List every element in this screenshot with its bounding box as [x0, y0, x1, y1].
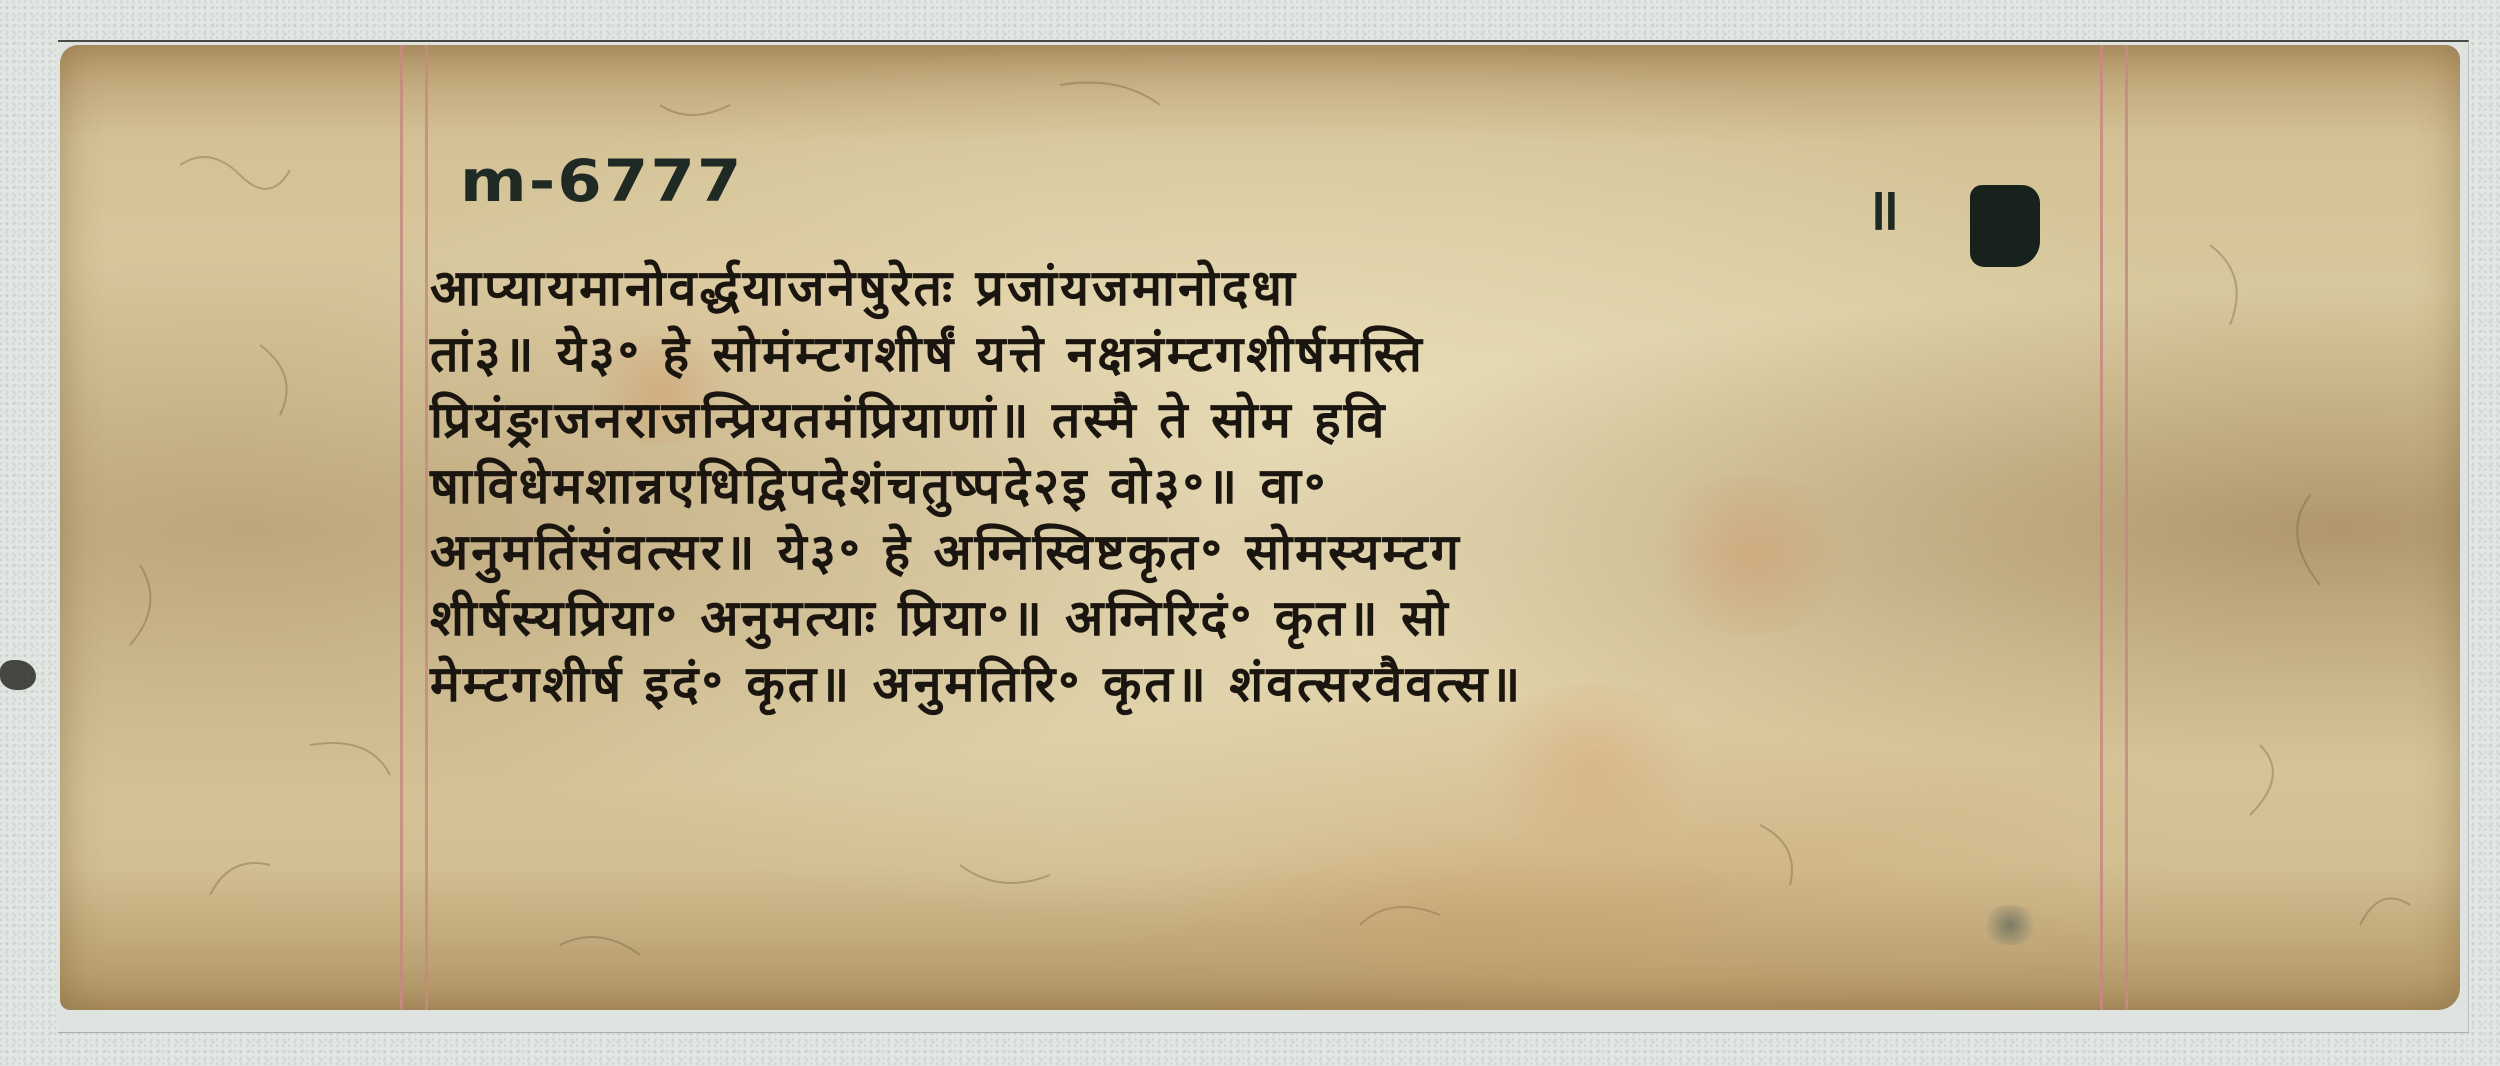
manuscript-line-5: अनुमतिंसंवत्सर॥ ये३॰ हे अग्निस्विष्टकृत॰…	[430, 519, 2110, 585]
shelf-mark-label: m-6777	[460, 153, 743, 211]
manuscript-line-1: आप्यायमानोवर्द्धयाजनेषुरेतः प्रजांयजमानो…	[430, 255, 2110, 321]
manuscript-line-6: शीर्षस्यप्रिया॰ अनुमत्याः प्रिया॰॥ अग्नि…	[430, 585, 2110, 651]
left-margin-rule	[425, 45, 428, 1010]
water-stain	[1160, 825, 1760, 985]
mold-spot	[1980, 905, 2040, 945]
manuscript-line-2: तां३॥ ये३॰ हे सोमंम्टगशीर्षं यत्ते नक्षत…	[430, 321, 2110, 387]
manuscript-line-7: मेम्टगशीर्ष इदं॰ कृत॥ अनुमतिरि॰ कृत॥ शंव…	[430, 651, 2110, 717]
manuscript-folio: m-6777 ॥ आप्यायमानोवर्द्धयाजनेषुरेतः प्र…	[60, 45, 2460, 1010]
left-margin-rule	[400, 45, 403, 1010]
manuscript-text-block: आप्यायमानोवर्द्धयाजनेषुरेतः प्रजांयजमानो…	[430, 255, 2110, 717]
folio-marker: ॥	[1865, 180, 1900, 238]
ink-spot	[0, 660, 36, 690]
manuscript-line-4: षाविधेमशान्नएधिद्विपदेशंचतुष्पदे२इ वो३॰॥…	[430, 453, 2110, 519]
right-margin-rule	[2125, 45, 2128, 1010]
manuscript-line-3: प्रियंङ्राजनराजन्प्रियतमंप्रियाणां॥ तस्म…	[430, 387, 2110, 453]
